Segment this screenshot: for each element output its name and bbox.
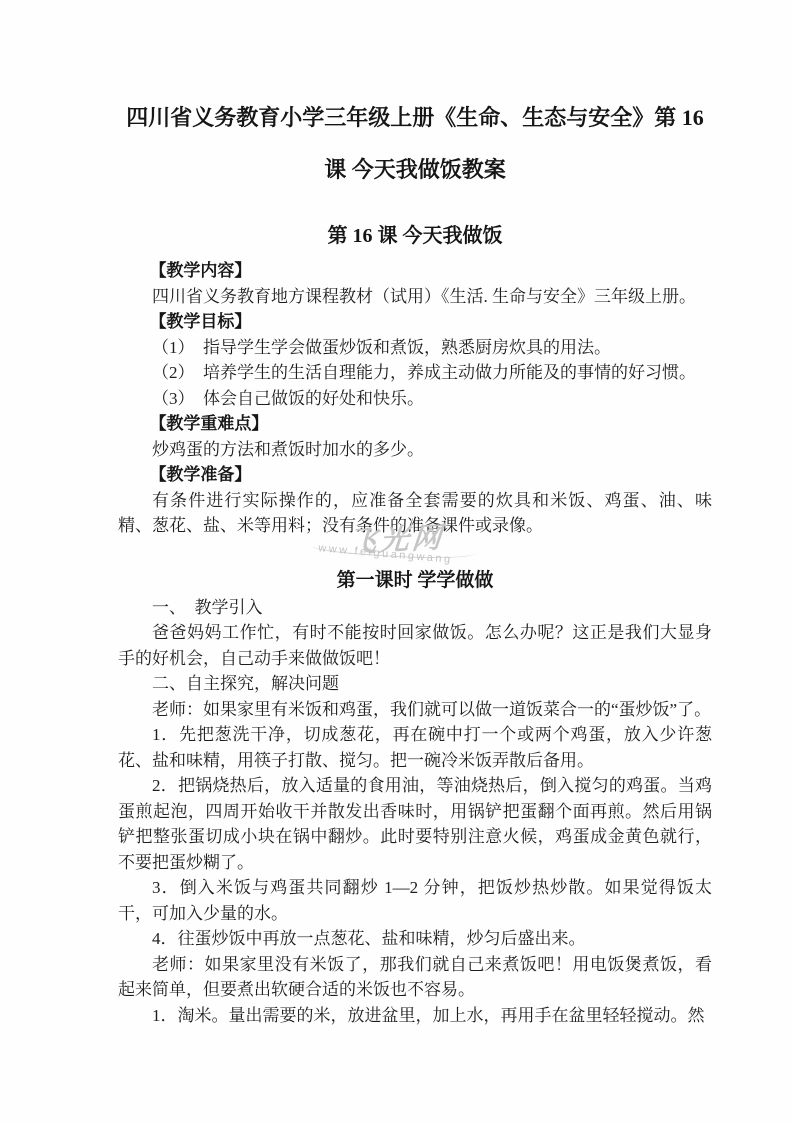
lesson-title: 第 16 课 今天我做饭	[118, 221, 712, 251]
paragraph: 老师：如果家里有米饭和鸡蛋，我们就可以做一道饭菜合一的“蛋炒饭”了。	[118, 697, 712, 723]
paragraph: （2） 培养学生的生活自理能力，养成主动做力所能及的事情的好习惯。	[118, 360, 712, 386]
document-page: 四川省义务教育小学三年级上册《生命、生态与安全》第 16 课 今天我做饭教案 第…	[0, 0, 793, 1122]
paragraph: 老师：如果家里没有米饭了，那我们就自己来煮饭吧！用电饭煲煮饭，看起来简单，但要煮…	[118, 952, 712, 1003]
section-heading: 【教学目标】	[118, 309, 712, 335]
paragraph: 1．淘米。量出需要的米，放进盆里，加上水，再用手在盆里轻轻搅动。然	[118, 1003, 712, 1029]
paragraph: 一、 教学引入	[118, 595, 712, 621]
document-title-line1: 四川省义务教育小学三年级上册《生命、生态与安全》第 16	[118, 92, 712, 144]
section-heading: 【教学内容】	[118, 258, 712, 284]
section-heading: 【教学重难点】	[118, 411, 712, 437]
document-body: 【教学内容】四川省义务教育地方课程教材（试用）《生活. 生命与安全》三年级上册。…	[118, 258, 712, 1028]
paragraph: 炒鸡蛋的方法和煮饭时加水的多少。	[118, 437, 712, 463]
paragraph: 3．倒入米饭与鸡蛋共同翻炒 1—2 分钟，把饭炒热炒散。如果觉得饭太干，可加入少…	[118, 875, 712, 926]
paragraph: 2．把锅烧热后，放入适量的食用油，等油烧热后，倒入搅匀的鸡蛋。当鸡蛋煎起泡，四周…	[118, 773, 712, 875]
document-title-line2: 课 今天我做饭教案	[118, 144, 712, 196]
paragraph: 二、自主探究，解决问题	[118, 671, 712, 697]
paragraph: （3） 体会自己做饭的好处和快乐。	[118, 386, 712, 412]
paragraph: 4．往蛋炒饭中再放一点葱花、盐和味精，炒匀后盛出来。	[118, 926, 712, 952]
section-heading: 【教学准备】	[118, 462, 712, 488]
document-title: 四川省义务教育小学三年级上册《生命、生态与安全》第 16 课 今天我做饭教案	[118, 92, 712, 196]
document-content: 四川省义务教育小学三年级上册《生命、生态与安全》第 16 课 今天我做饭教案 第…	[118, 0, 712, 1028]
paragraph: 1．先把葱洗干净，切成葱花，再在碗中打一个或两个鸡蛋，放入少许葱花、盐和味精，用…	[118, 722, 712, 773]
paragraph: 四川省义务教育地方课程教材（试用）《生活. 生命与安全》三年级上册。	[118, 284, 712, 310]
paragraph: 有条件进行实际操作的，应准备全套需要的炊具和米饭、鸡蛋、油、味精、葱花、盐、米等…	[118, 488, 712, 539]
paragraph: 爸爸妈妈工作忙，有时不能按时回家做饭。怎么办呢？这正是我们大显身手的好机会，自己…	[118, 620, 712, 671]
paragraph: （1） 指导学生学会做蛋炒饭和煮饭，熟悉厨房炊具的用法。	[118, 335, 712, 361]
lesson-part-heading: 第一课时 学学做做	[118, 567, 712, 595]
